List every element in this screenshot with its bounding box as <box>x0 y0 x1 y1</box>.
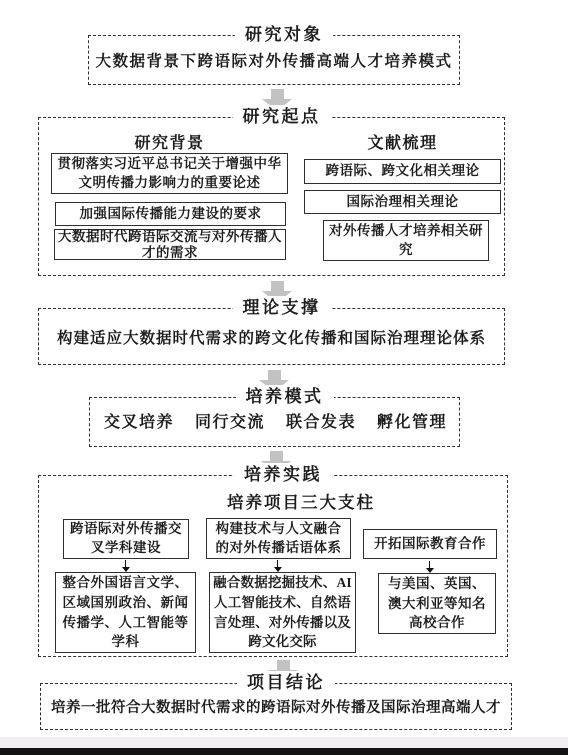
arrow-stem <box>271 89 284 99</box>
mode-item: 联合发表 <box>286 409 356 432</box>
arrow-stem <box>125 560 127 567</box>
background-item-box: 大数据时代跨语际交流与对外传播人才的需求 <box>54 229 286 260</box>
arrow-stem <box>270 451 283 461</box>
small-down-arrow-icon <box>121 560 130 572</box>
small-down-arrow-icon <box>273 560 282 572</box>
pillar-box: 开拓国际教育合作 <box>363 529 497 559</box>
section-research-object: 研究对象 大数据背景下跨语际对外传播高端人才培养模式 <box>88 35 460 85</box>
section-research-start: 研究起点 研究背景 文献梳理 贯彻落实习近平总书记关于增强中华文明传播力影响力的… <box>38 117 505 276</box>
literature-item-box: 对外传播人才培养相关研究 <box>323 220 489 261</box>
arrow-stem <box>277 560 279 567</box>
theory-support-text: 构建适应大数据时代需求的跨文化传播和国际治理理论体系 <box>39 309 504 364</box>
background-item-box: 贯彻落实习近平总书记关于增强中华文明传播力影响力的重要论述 <box>51 153 288 194</box>
bottom-black-bar <box>0 748 568 755</box>
section-title-research-start: 研究起点 <box>233 105 331 129</box>
page-edge-strip <box>0 737 568 748</box>
pillar-detail-box: 融合数据挖掘技术、AI 人工智能技术、自然语言处理、对外传播以及跨文化交际 <box>209 572 356 653</box>
mode-item: 交叉培养 <box>104 409 174 432</box>
arrow-stem <box>429 561 431 568</box>
arrow-stem <box>277 660 290 670</box>
section-project-conclusion: 项目结论 培养一批符合大数据时代需求的跨语际对外传播及国际治理高端人才 <box>40 683 512 730</box>
background-item-box: 加强国际传播能力建设的要求 <box>55 202 286 226</box>
research-object-text: 大数据背景下跨语际对外传播高端人才培养模式 <box>89 36 459 84</box>
three-pillars-subtitle: 培养项目三大支柱 <box>67 489 535 513</box>
arrow-stem <box>271 281 284 291</box>
mode-item: 同行交流 <box>195 409 265 432</box>
column-header-literature: 文献梳理 <box>304 130 501 153</box>
pillar-detail-box: 与美国、英国、澳大利亚等知名高校合作 <box>378 573 496 634</box>
small-down-arrow-icon <box>425 561 434 573</box>
section-title-cultivation-mode: 培养模式 <box>236 385 334 409</box>
section-cultivation-mode: 培养模式 交叉培养 同行交流 联合发表 孵化管理 <box>89 397 460 447</box>
literature-item-box: 国际治理相关理论 <box>304 190 501 214</box>
cultivation-mode-items: 交叉培养 同行交流 联合发表 孵化管理 <box>104 409 447 432</box>
section-cultivation-practice: 培养实践 培养项目三大支柱 跨语际对外传播交叉学科建设 构建技术与人文融合的对外… <box>38 475 508 657</box>
pillar-box: 构建技术与人文融合的对外传播话语体系 <box>206 518 351 559</box>
flowchart-page: 研究对象 大数据背景下跨语际对外传播高端人才培养模式 研究起点 研究背景 文献梳… <box>0 0 568 755</box>
arrow-stem <box>268 370 281 380</box>
literature-item-box: 跨语际、跨文化相关理论 <box>304 159 501 184</box>
section-theory-support: 理论支撑 构建适应大数据时代需求的跨文化传播和国际治理理论体系 <box>38 308 505 365</box>
column-header-background: 研究背景 <box>51 130 288 153</box>
pillar-box: 跨语际对外传播交叉学科建设 <box>63 519 189 559</box>
mode-item: 孵化管理 <box>377 409 447 432</box>
project-conclusion-text: 培养一批符合大数据时代需求的跨语际对外传播及国际治理高端人才 <box>41 684 511 729</box>
pillar-detail-box: 整合外国语言文学、区域国别政治、新闻传播学、人工智能等学科 <box>55 572 196 653</box>
section-title-cultivation-practice: 培养实践 <box>234 463 332 487</box>
